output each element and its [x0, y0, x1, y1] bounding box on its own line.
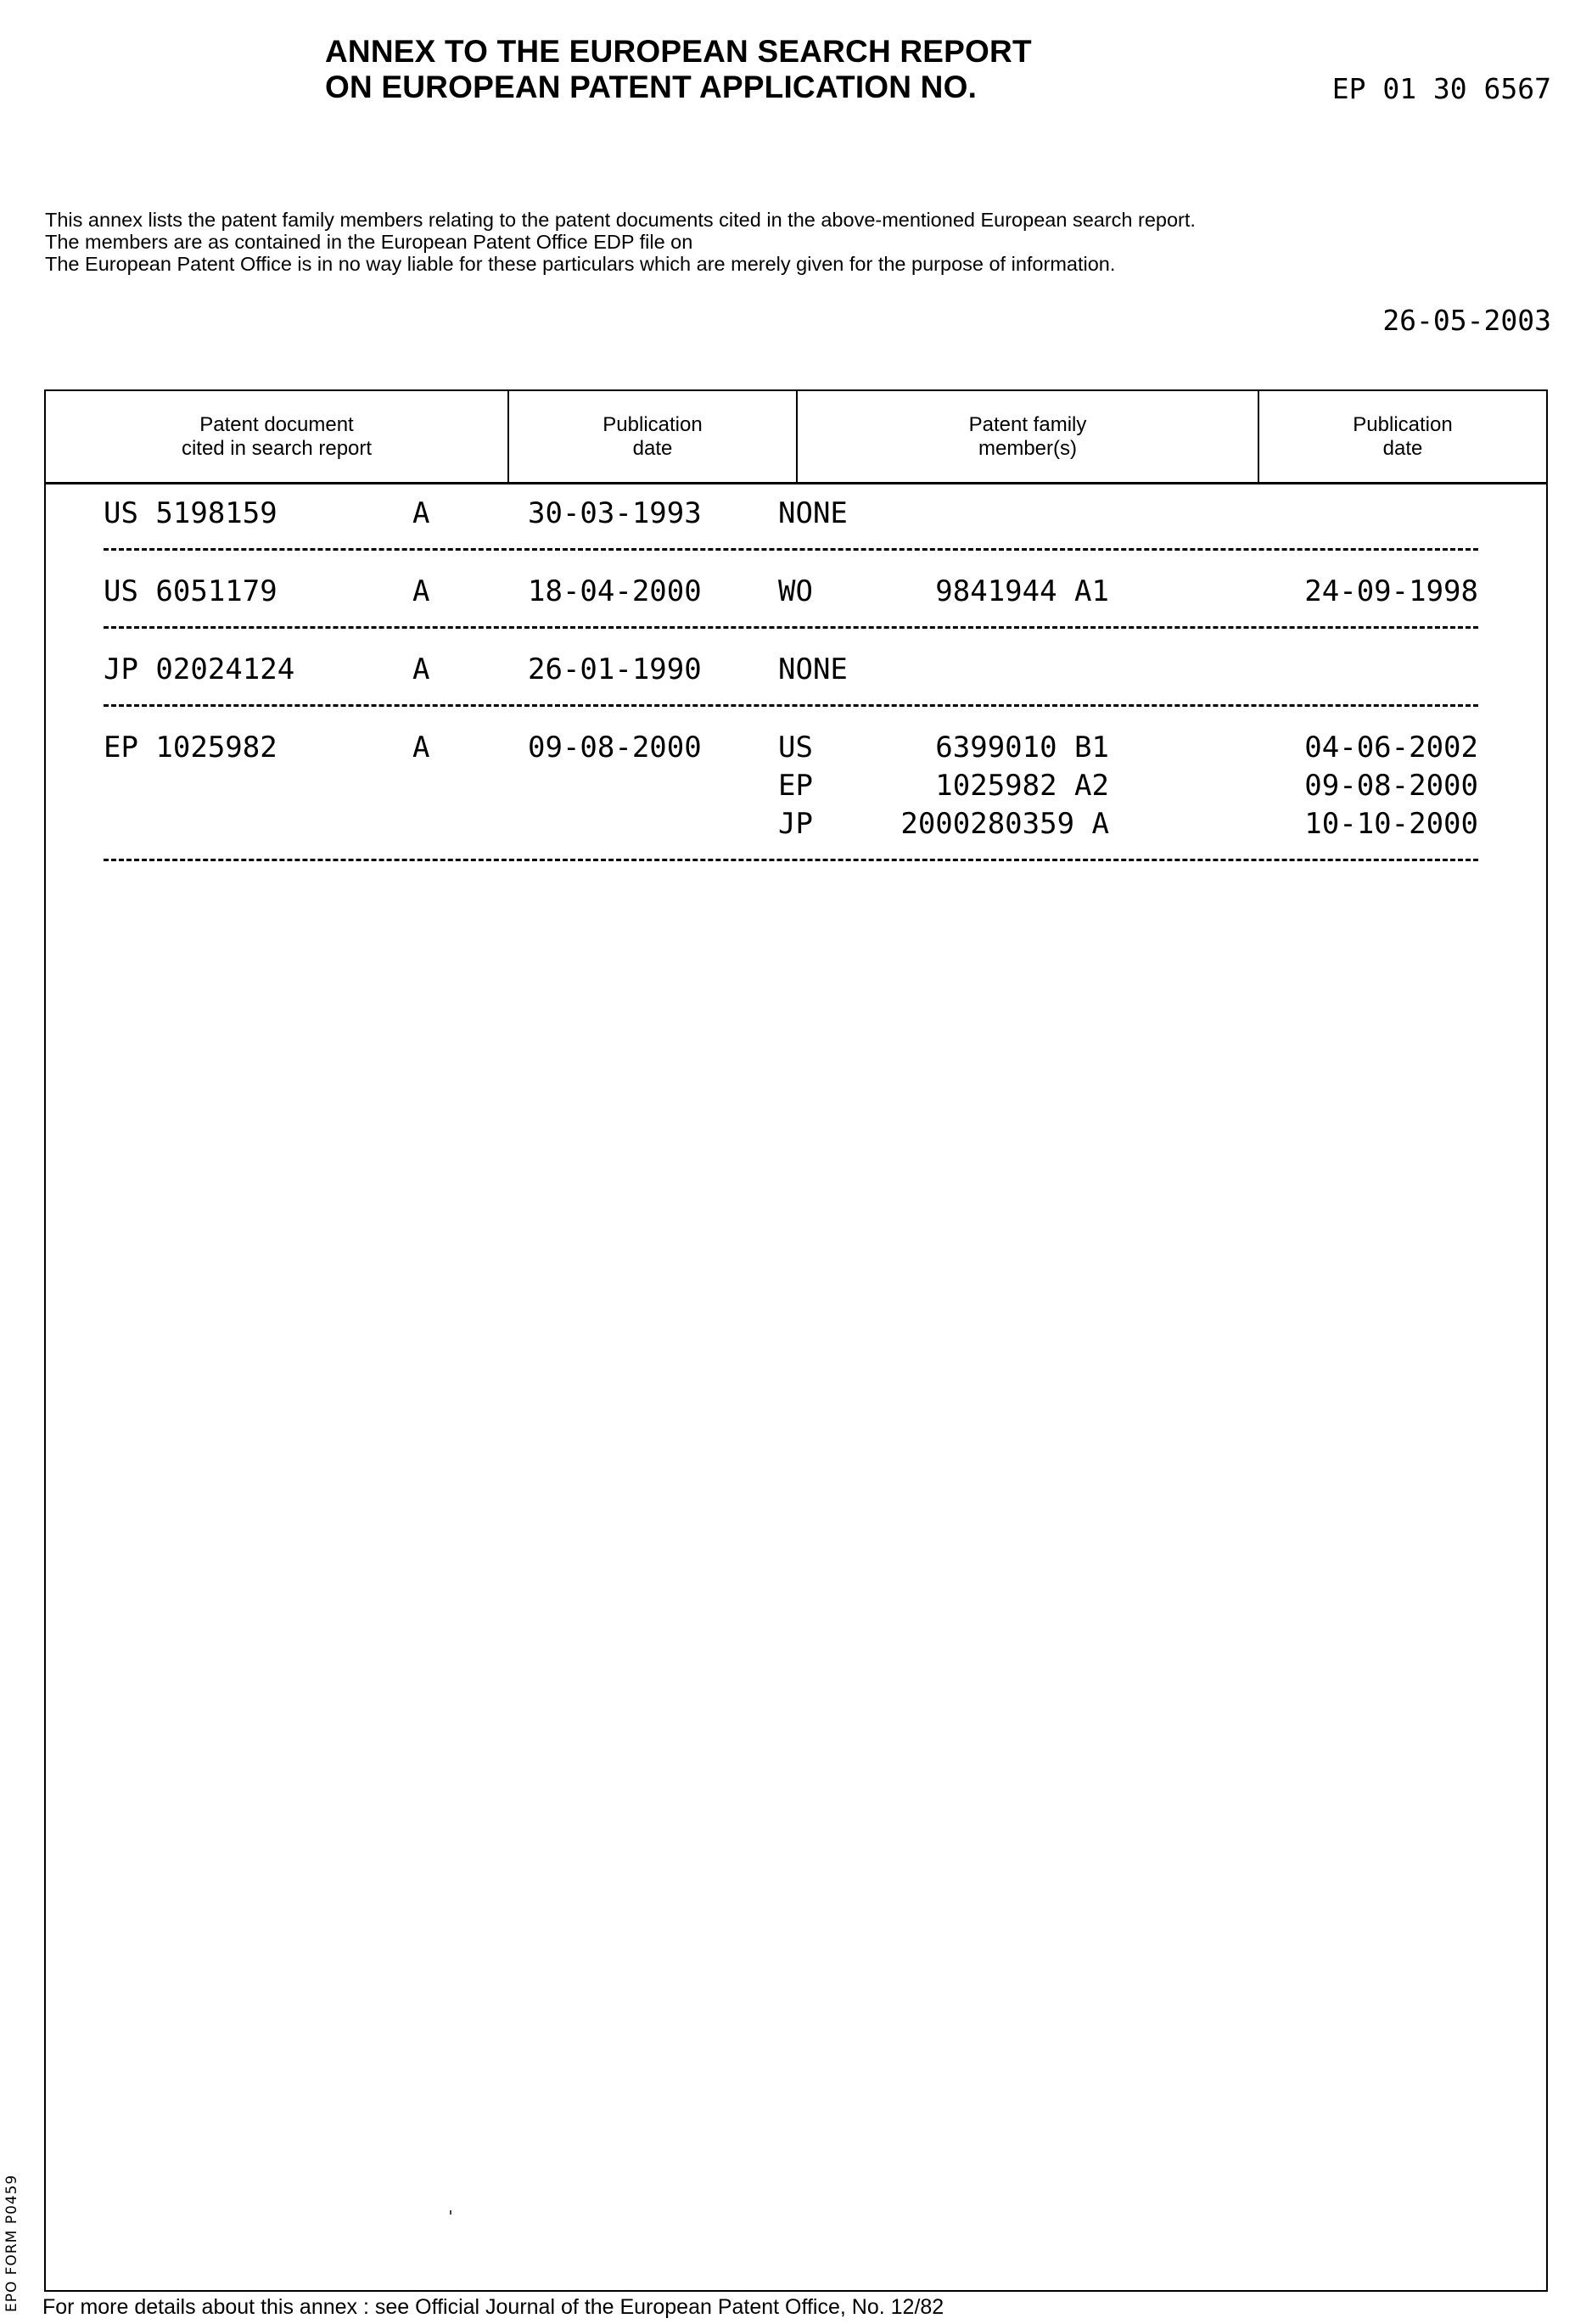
row-line-primary: JP 02024124A26-01-1990NONE	[104, 651, 1478, 689]
family-member-country: JP	[778, 805, 813, 843]
cited-document-number: US 5198159	[104, 495, 277, 533]
scan-artifact	[450, 2210, 451, 2215]
title-line-1: ANNEX TO THE EUROPEAN SEARCH REPORT	[325, 34, 1032, 70]
cited-document-kind: A	[412, 729, 429, 767]
family-member-number: 6399010 B1	[850, 729, 1109, 767]
family-member-date: 24-09-1998	[1304, 573, 1478, 611]
row-line-family-member: EP1025982 A209-08-2000	[104, 767, 1478, 805]
row-line-family-member: JP2000280359 A10-10-2000	[104, 805, 1478, 843]
family-member-number: 9841944 A1	[850, 573, 1109, 611]
cited-document-number: US 6051179	[104, 573, 277, 611]
cited-publication-date: 09-08-2000	[528, 729, 702, 767]
row-line-primary: US 5198159A30-03-1993NONE	[104, 495, 1478, 533]
footer-note: For more details about this annex : see …	[42, 2294, 944, 2320]
cited-publication-date: 26-01-1990	[528, 651, 702, 689]
family-member-number: 1025982 A2	[850, 767, 1109, 805]
table-header: Patent document cited in search report P…	[46, 391, 1546, 484]
title-line-2: ON EUROPEAN PATENT APPLICATION NO.	[325, 70, 1032, 105]
table-row: JP 02024124A26-01-1990NONE	[104, 651, 1478, 707]
table-row: US 5198159A30-03-1993NONE	[104, 495, 1478, 551]
application-number: EP 01 30 6567	[1332, 71, 1551, 107]
column-header-publication-date: Publication date	[509, 391, 798, 482]
cited-document-kind: A	[412, 573, 429, 611]
intro-line-3: The European Patent Office is in no way …	[45, 253, 1196, 275]
family-member-date: 04-06-2002	[1304, 729, 1478, 767]
column-header-family-members: Patent family member(s)	[798, 391, 1259, 482]
cited-document-number: EP 1025982	[104, 729, 277, 767]
row-separator	[104, 626, 1478, 629]
family-member-country: US	[778, 729, 813, 767]
report-date: 26-05-2003	[1382, 304, 1551, 338]
column-header-patent-document: Patent document cited in search report	[46, 391, 509, 482]
cited-publication-date: 18-04-2000	[528, 573, 702, 611]
row-line-primary: EP 1025982A09-08-2000US6399010 B104-06-2…	[104, 729, 1478, 767]
intro-text: This annex lists the patent family membe…	[45, 209, 1196, 275]
cited-document-number: JP 02024124	[104, 651, 294, 689]
table-row: EP 1025982A09-08-2000US6399010 B104-06-2…	[104, 729, 1478, 861]
cited-document-kind: A	[412, 651, 429, 689]
cited-document-kind: A	[412, 495, 429, 533]
family-member-country: NONE	[778, 651, 848, 689]
document-title: ANNEX TO THE EUROPEAN SEARCH REPORT ON E…	[325, 34, 1032, 105]
row-separator	[104, 859, 1478, 861]
family-member-date: 10-10-2000	[1304, 805, 1478, 843]
table-row: US 6051179A18-04-2000WO9841944 A124-09-1…	[104, 573, 1478, 629]
family-member-country: WO	[778, 573, 813, 611]
row-separator	[104, 704, 1478, 707]
table-body: US 5198159A30-03-1993NONEUS 6051179A18-0…	[104, 495, 1478, 883]
column-header-family-publication-date: Publication date	[1259, 391, 1546, 482]
cited-publication-date: 30-03-1993	[528, 495, 702, 533]
row-line-primary: US 6051179A18-04-2000WO9841944 A124-09-1…	[104, 573, 1478, 611]
family-member-country: EP	[778, 767, 813, 805]
family-member-country: NONE	[778, 495, 848, 533]
row-separator	[104, 548, 1478, 551]
intro-line-2: The members are as contained in the Euro…	[45, 231, 1196, 253]
patent-family-table: Patent document cited in search report P…	[44, 389, 1548, 2292]
form-code: EPO FORM P0459	[3, 2175, 20, 2312]
intro-line-1: This annex lists the patent family membe…	[45, 209, 1196, 231]
family-member-number: 2000280359 A	[850, 805, 1109, 843]
family-member-date: 09-08-2000	[1304, 767, 1478, 805]
